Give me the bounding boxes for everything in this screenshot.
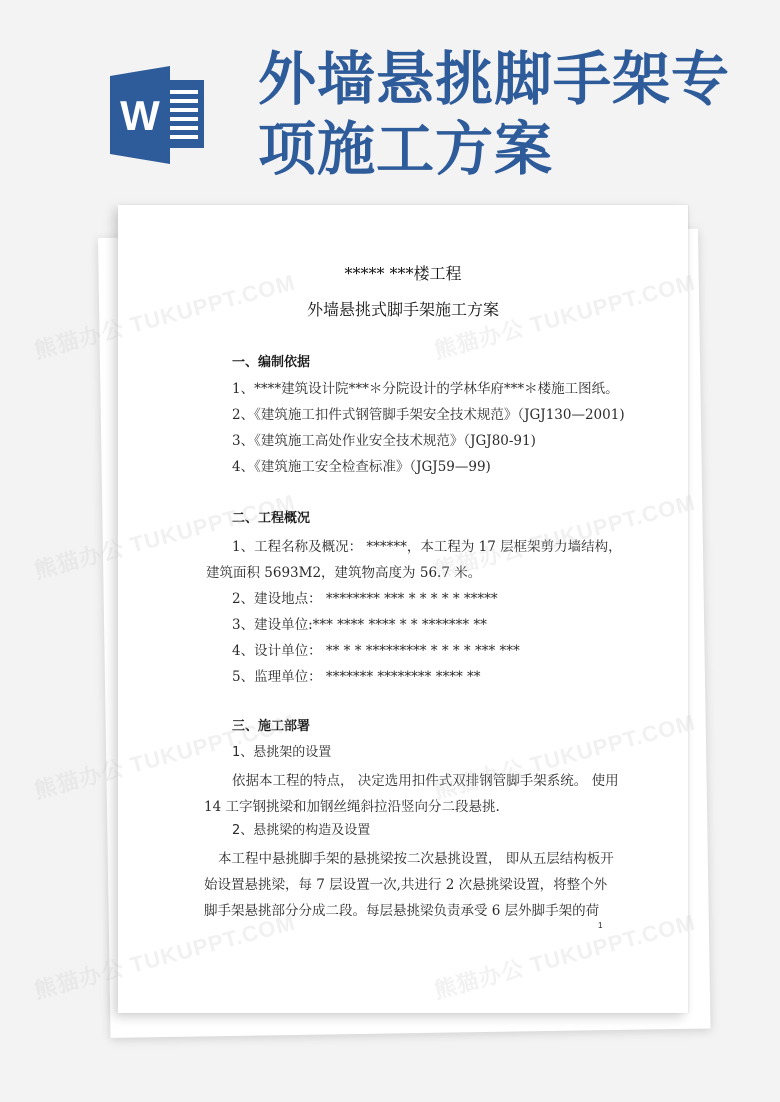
deployment-paragraph-2-line-2: 始设置悬挑梁，每 7 层设置一次,共进行 2 次悬挑梁设置，将整个外 (204, 873, 607, 893)
overview-item-2: 2、建设地点： ******** *** * * * * * ***** (232, 587, 498, 607)
deployment-paragraph-1-line-1: 依据本工程的特点， 决定选用扣件式双排钢管脚手架系统。 使用 (232, 769, 619, 789)
basis-item-4: 4、《建筑施工安全检查标准》（JGJ59—99) (232, 455, 491, 475)
project-title: ***** ***楼工程 (118, 261, 688, 284)
basis-item-2: 2、《建筑施工扣件式钢管脚手架安全技术规范》（JGJ130—2001) (232, 403, 625, 423)
section-heading-basis: 一、编制依据 (232, 351, 310, 370)
document-page: ***** ***楼工程 外墙悬挑式脚手架施工方案 一、编制依据 1、****建… (118, 205, 688, 1013)
overview-item-1-cont: 建筑面积 5693M2，建筑物高度为 56.7 米。 (206, 561, 481, 581)
basis-item-3: 3、《建筑施工高处作业安全技术规范》（JGJ80-91) (232, 429, 536, 449)
page-number: 1 (598, 921, 602, 930)
basis-item-1: 1、****建筑设计院***＊分院设计的学林华府***＊楼施工图纸。 (232, 377, 619, 397)
plan-title: 外墙悬挑式脚手架施工方案 (118, 297, 688, 320)
subheading-beam-construction: 2、悬挑梁的构造及设置 (232, 819, 370, 838)
subheading-scaffold-setup: 1、悬挑架的设置 (232, 741, 331, 760)
deployment-paragraph-1-line-2: 14 工字钢挑梁和加钢丝绳斜拉沿竖向分二段悬挑. (204, 795, 500, 815)
deployment-paragraph-2-line-3: 脚手架悬挑部分分成二段。每层悬挑梁负责承受 6 层外脚手架的荷 (204, 899, 599, 919)
deployment-paragraph-2-line-1: 本工程中悬挑脚手架的悬挑梁按二次悬挑设置， 即从五层结构板开 (218, 847, 614, 867)
svg-text:W: W (120, 92, 160, 139)
overview-item-4: 4、设计单位： ** * * ********* * * * * *** *** (232, 639, 520, 659)
overview-item-1: 1、工程名称及概况： ******，本工程为 17 层框架剪力墙结构， (232, 535, 622, 555)
header: W 外墙悬挑脚手架专项施工方案 (0, 0, 780, 200)
overview-item-5: 5、监理单位： ******* ******** **** ** (232, 665, 481, 685)
document-title-banner: 外墙悬挑脚手架专项施工方案 (258, 44, 758, 184)
section-heading-overview: 二、工程概况 (232, 507, 310, 526)
word-icon: W (108, 66, 208, 164)
overview-item-3: 3、建设单位:*** **** **** * * ******* ** (232, 613, 487, 633)
section-heading-deployment: 三、施工部署 (232, 715, 310, 734)
